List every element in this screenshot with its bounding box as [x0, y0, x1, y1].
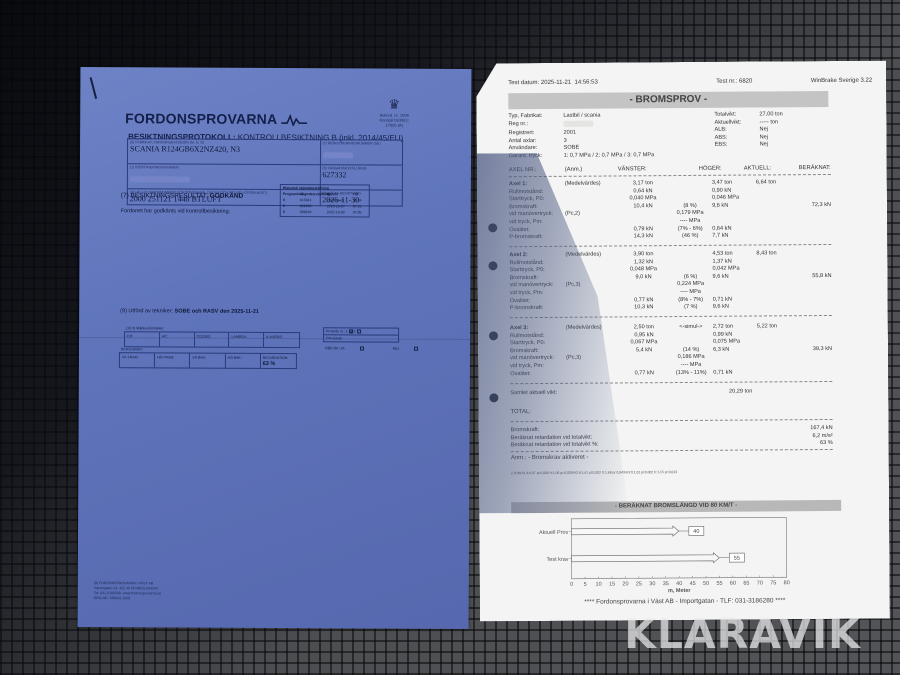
environment-cell: HC: — [160, 332, 195, 346]
meta-label: Garant. tryck: — [509, 152, 564, 160]
pen-mark — [90, 77, 98, 99]
brake-values-grid: VÄ FRAM:HÖ FRAM:VÄ BAK:HÖ BAK:RETARDATIO… — [119, 352, 297, 369]
plot-frame — [571, 517, 786, 578]
axle-cell: P-bromskraft: — [509, 234, 565, 242]
axle-cell: Ovalitet: — [510, 370, 566, 378]
environment-grid: CO:HC:CO2000:LAMBDA:K-VÄRDE: — [124, 331, 300, 348]
environment-cell: K-VÄRDE: — [264, 333, 299, 347]
x-axis-label: m, Meter — [668, 588, 692, 594]
divider — [510, 315, 832, 318]
history-row: B5995482022-10-0307:05 — [283, 209, 367, 215]
total-label: Beräknat retardation vid totalvikt %: — [511, 442, 599, 450]
total-value: 6,2 m/s² — [812, 432, 832, 440]
axle-cell: P-bromskraft: — [510, 305, 566, 313]
other-row: Om annat: — [324, 335, 398, 341]
redacted-vin — [130, 176, 190, 182]
braking-distance-chart: 05101520253035404550556065707580m, Meter… — [511, 513, 812, 600]
redacted-value — [563, 120, 593, 126]
total-label: TOTAL: — [510, 409, 530, 415]
environment-cell: LAMBDA: — [229, 333, 264, 347]
company-footer: (9) FORDONSPROVARNA I VÄST ABImportgatan… — [94, 581, 162, 601]
vehicle-meta: Typ, Fabrikat:Lastbil / scaniaReg nr.:Re… — [508, 112, 708, 160]
klaravik-watermark: KLARAVIK — [624, 610, 861, 658]
axle-cell: (7 %) — [669, 304, 713, 312]
axle-cell — [757, 369, 797, 377]
x-tick-label: 20 — [622, 581, 628, 587]
test-header: Test datum: 2025-11-21 14:56:53 Test nr.… — [508, 78, 872, 87]
x-tick-label: 75 — [770, 580, 776, 586]
x-tick-label: 0 — [570, 582, 573, 588]
brand-name: FORDONSPROVARNA — [125, 110, 277, 127]
printout-footer: **** Fordonsprovarna i Väst AB - Importg… — [480, 597, 890, 607]
totals-block: Bromskraft:167,4 kNBeräknat retardation … — [511, 425, 833, 450]
three-crowns-icon: ♛ — [377, 97, 411, 113]
axle-cell — [756, 232, 796, 240]
history-cell: B — [283, 209, 300, 215]
x-tick-label: 80 — [784, 580, 790, 586]
brake-cell: VÄ FRAM: — [120, 353, 155, 367]
brake-cell: HÖ FRAM: — [155, 353, 190, 367]
axle-2-block: Axel 2:(Medelvärdes)3,90 ton4,53 ton8,43… — [509, 250, 831, 313]
divider — [509, 244, 831, 247]
divider — [510, 381, 832, 384]
axle-row: P-bromskraft:10,3 kN(7 %)9,6 kN — [510, 303, 832, 313]
column-header: (Anm.) — [565, 166, 618, 172]
software-version: WinBrake Sverige 3.22 — [811, 78, 872, 84]
value-label: 40 — [693, 529, 699, 535]
meta-value: Nej — [760, 141, 825, 149]
column-header: AKTUELL: — [744, 165, 799, 171]
history-cell: 2022-10-03 — [327, 209, 353, 215]
remark: Anm.: - Bromskrav aktiveret - — [511, 455, 589, 462]
distance-arrow — [571, 526, 679, 537]
x-tick-label: 70 — [757, 580, 763, 586]
axle-cell: 0,77 kN — [619, 370, 669, 378]
divider — [509, 174, 831, 177]
value-label: 55 — [734, 556, 740, 562]
weight-meta: Totalvikt:27,00 tonAktuellvikt:----- ton… — [714, 111, 824, 149]
report-title: - BROMSPROV - — [508, 91, 828, 109]
brake-values-label: Bromsvärden: — [121, 347, 143, 351]
axle-table-header: AXEL NR.:(Anm.)VÄNSTER:HÖGER:AKTUELL:BER… — [509, 165, 831, 173]
environment-cell: CO2000: — [195, 333, 230, 347]
history-rows: B6158412024-11-0109:34B6099302023-10-270… — [283, 197, 367, 215]
punch-hole — [489, 331, 498, 340]
axle-cell: 10,3 kN — [619, 304, 669, 312]
axle-1-block: Axel 1:(Medelvärdes)3,17 ton3,47 ton6,64… — [509, 179, 831, 242]
performed-by: (9) Utförd av tekniker: SOBE och RASV de… — [120, 308, 259, 315]
axle-cell: 7,7 kN — [712, 233, 756, 241]
x-tick-label: 50 — [703, 581, 709, 587]
braking-distance-title: - BERÄKNAT BROMSLÄNGD VID 80 KM/T - — [511, 500, 841, 513]
divider — [511, 419, 833, 422]
category-label: Test krav — [546, 557, 568, 563]
result-value: GODKÄND — [210, 193, 244, 200]
punch-hole — [488, 223, 497, 232]
obd-no-checkbox[interactable] — [414, 347, 418, 351]
x-tick-label: 25 — [636, 581, 642, 587]
punch-hole — [489, 393, 498, 402]
axle-cell — [566, 305, 619, 313]
column-header: BERÄKNAT: — [799, 165, 831, 171]
axle-cell — [797, 303, 832, 311]
axle-cell: (13% - 11%) — [669, 369, 713, 377]
x-tick-label: 35 — [663, 581, 669, 587]
history-cell: 599548 — [300, 209, 327, 215]
total-value: 167,4 kN — [810, 425, 832, 433]
total-value: 63 % — [820, 440, 833, 448]
test-number-checkbox[interactable] — [357, 330, 361, 334]
axle-3-block: Axel 3:(Medelvärdes)2,50 ton<-simul->2,7… — [510, 323, 832, 378]
axle-row: P-bromskraft:14,3 kN(46 %)7,7 kN — [509, 232, 831, 242]
retardation-value: 63 % — [263, 361, 294, 367]
obd-yes-checkbox[interactable] — [360, 347, 364, 351]
environment-cell: CO: — [125, 332, 160, 346]
swedac-accreditation-badge: ♛ Ackred. nr. 1009 Kontroll ISO/IEC 1702… — [377, 91, 411, 127]
brake-cell: VÄ BAK: — [190, 354, 225, 368]
axle-cell — [797, 369, 832, 377]
axle-cell — [566, 370, 619, 378]
axle-cell — [565, 234, 618, 242]
history-cell: 07:05 — [353, 209, 367, 215]
total-weight-row: Samlet aktuell vikt: 20,29 ton — [510, 388, 832, 396]
x-tick-label: 65 — [743, 581, 749, 587]
meta-value: 1: 0,7 MPa / 2: 0,7 MPa / 3: 0,7 MPa — [564, 151, 709, 160]
punch-hole — [488, 261, 497, 270]
obd-check: OBD OK: JA NEJ — [325, 346, 446, 351]
footer-line: ORG.NR. 556815-1905 — [94, 596, 162, 601]
brake-cell: HÖ BAK: — [225, 354, 260, 368]
meta-label: EBS: — [715, 141, 760, 149]
pulse-icon — [281, 114, 307, 126]
column-header: VÄNSTER: — [618, 166, 676, 172]
x-tick-label: 5 — [584, 582, 587, 588]
reg-cell: (7) Registreringsnummer (SE) — [320, 140, 403, 165]
x-tick-label: 45 — [690, 581, 696, 587]
axle-cell — [757, 303, 797, 311]
column-header — [676, 166, 699, 172]
meta-row: Garant. tryck:1: 0,7 MPa / 2: 0,7 MPa / … — [509, 151, 709, 160]
test-number-box: Provnås nr.: 1 ✕ 2 Om annat: — [323, 327, 399, 342]
redacted-reg — [322, 152, 352, 158]
brake-cell: RETARDATION:63 % — [261, 354, 296, 368]
column-header: HÖGER: — [699, 166, 744, 172]
axle-cell: (46 %) — [668, 233, 712, 241]
inspection-protocol-sheet: FORDONSPROVARNA ♛ Ackred. nr. 1009 Kontr… — [78, 67, 472, 629]
axle-cell — [796, 232, 831, 240]
x-tick-label: 40 — [676, 581, 682, 587]
axle-row: Ovalitet:0,77 kN(13% - 11%)0,71 kN — [510, 369, 832, 379]
category-label: Aktuell Prov — [539, 530, 569, 536]
brake-test-printout: Test datum: 2025-11-21 14:56:53 Test nr.… — [476, 61, 890, 622]
brand-logo: FORDONSPROVARNA — [125, 110, 307, 127]
x-tick-label: 55 — [716, 581, 722, 587]
odometer-history-table: Historisk vägmätarställning ProgramkodVä… — [280, 184, 370, 217]
environment-label: (10.3) Miljökontrolldelen: — [126, 326, 164, 330]
total-row: Beräknat retardation vid totalvikt %:63 … — [511, 440, 833, 450]
axle-cell: 0,71 kN — [713, 369, 757, 377]
measurement-codes: Z:0,06/A1:fl:0,97 pl:0,000 fr:1,06 pr:0,… — [511, 470, 677, 475]
x-tick-label: 15 — [609, 581, 615, 587]
axle-cell: 9,6 kN — [713, 304, 757, 312]
column-header: AXEL NR.: — [509, 167, 565, 173]
meta-label: Reg nr.: — [508, 120, 563, 130]
x-tick-label: 30 — [649, 581, 655, 587]
inspection-result: (7) BESIKTNINGSRESULTAT: GODKÄND — [121, 192, 243, 200]
make-cell: (5) Fabrikat, fordonskategori (M, N, O)S… — [127, 139, 320, 165]
axle-cell: 14,3 kN — [618, 233, 668, 241]
x-tick-label: 10 — [595, 582, 601, 588]
meta-row: EBS:Nej — [715, 141, 825, 149]
divider — [511, 449, 833, 452]
result-description: Fordonet har godkänts vid kontrollbesikt… — [121, 208, 230, 215]
x-tick-label: 60 — [730, 581, 736, 587]
distance-arrow — [571, 553, 719, 564]
